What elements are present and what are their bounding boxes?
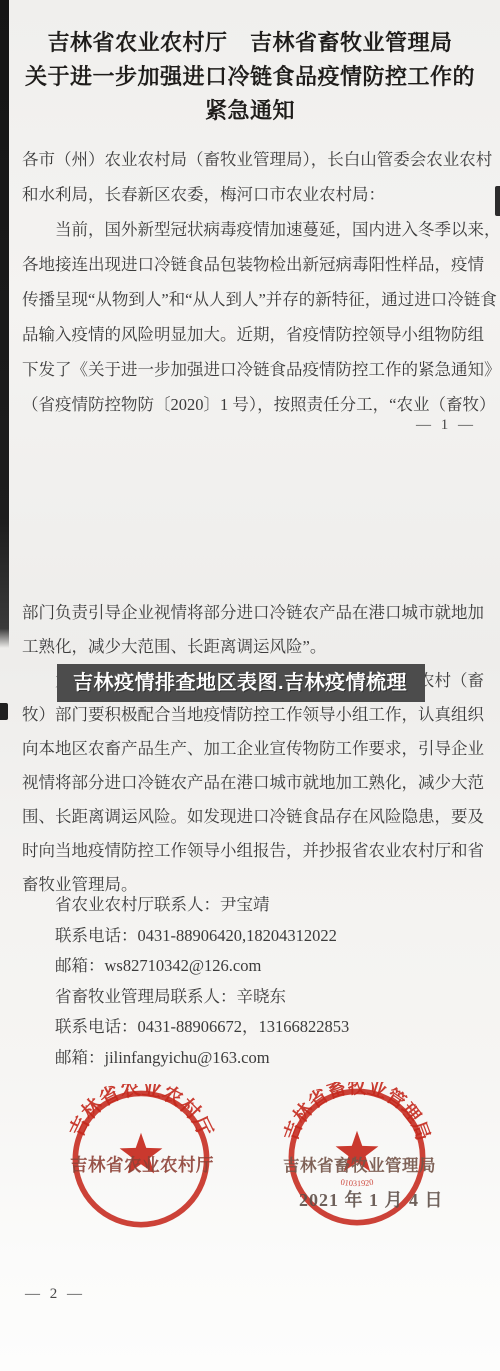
contact-info-block: 省农业农村厅联系人：尹宝靖 联系电话：0431-88906420,1820431… bbox=[22, 890, 484, 1073]
text-line: 向本地区农畜产品生产、加工企业宣传物防工作要求，引导企业 bbox=[22, 732, 484, 766]
title-line-2: 关于进一步加强进口冷链食品疫情防控工作的 bbox=[0, 60, 500, 94]
text-line: 时向当地疫情防控工作领导小组报告，并抄报省农业农村厅和省 bbox=[22, 834, 484, 868]
page1-number: — 1 — bbox=[416, 417, 476, 434]
text-line: 各地接连出现进口冷链食品包装物检出新冠病毒阳性样品，疫情 bbox=[22, 247, 484, 282]
text-line: 品输入疫情的风险明显加大。近期，省疫情防控领导小组物防组 bbox=[22, 317, 484, 352]
text-line: 部门负责引导企业视情将部分进口冷链农产品在港口城市就地加 bbox=[22, 596, 484, 630]
text-line: 各市（州）农业农村局（畜牧业管理局），长白山管委会农业农村 bbox=[22, 142, 484, 177]
scan-edge-artifact-left-small bbox=[0, 703, 8, 720]
text-line: 围、长距离调运风险。如发现进口冷链食品存在风险隐患，要及 bbox=[22, 800, 484, 834]
text-line: 牧）部门要积极配合当地疫情防控工作领导小组工作，认真组织 bbox=[22, 698, 484, 732]
text-line: 邮箱：jilinfangyichu@163.com bbox=[22, 1043, 484, 1074]
text-line: 工熟化，减少大范围、长距离调运风险”。 bbox=[22, 630, 484, 664]
scanned-document: 吉林省农业农村厅 吉林省畜牧业管理局 关于进一步加强进口冷链食品疫情防控工作的 … bbox=[0, 0, 500, 1371]
page2-body-text: 部门负责引导企业视情将部分进口冷链农产品在港口城市就地加工熟化，减少大范围、长距… bbox=[22, 596, 484, 902]
page2-number: — 2 — bbox=[25, 1286, 85, 1303]
document-date: 2021 年 1 月 4 日 bbox=[299, 1186, 444, 1212]
text-line: 传播呈现“从物到人”和“从人到人”并存的新特征，通过进口冷链食 bbox=[22, 282, 484, 317]
text-line: 省农业农村厅联系人：尹宝靖 bbox=[22, 890, 484, 921]
text-line: 邮箱：ws82710342@126.com bbox=[22, 951, 484, 982]
text-line: 省畜牧业管理局联系人：辛晓东 bbox=[22, 982, 484, 1013]
agency-signature-husbandry-bureau: 吉林省畜牧业管理局 bbox=[283, 1152, 436, 1176]
text-line: 视情将部分进口冷链农产品在港口城市就地加工熟化，减少大范 bbox=[22, 766, 484, 800]
page1-body-text: 各市（州）农业农村局（畜牧业管理局），长白山管委会农业农村和水利局，长春新区农委… bbox=[22, 142, 484, 422]
text-line: 下发了《关于进一步加强进口冷链食品疫情防控工作的紧急通知》 bbox=[22, 352, 484, 387]
title-line-1: 吉林省农业农村厅 吉林省畜牧业管理局 bbox=[0, 26, 500, 60]
title-line-3: 紧急通知 bbox=[0, 94, 500, 128]
watermark-banner: 吉林疫情排查地区表图.吉林疫情梳理 bbox=[57, 664, 425, 702]
text-line: （省疫情防控物防〔2020〕1 号），按照责任分工，“农业（畜牧） bbox=[22, 387, 484, 422]
text-line: 联系电话：0431-88906420,18204312022 bbox=[22, 921, 484, 952]
text-line: 当前，国外新型冠状病毒疫情加速蔓延，国内进入冬季以来， bbox=[22, 212, 484, 247]
scan-edge-artifact-right bbox=[495, 186, 500, 216]
text-line: 和水利局，长春新区农委，梅河口市农业农村局： bbox=[22, 177, 484, 212]
document-title: 吉林省农业农村厅 吉林省畜牧业管理局 关于进一步加强进口冷链食品疫情防控工作的 … bbox=[0, 26, 500, 128]
text-line: 联系电话：0431-88906672，13166822853 bbox=[22, 1012, 484, 1043]
agency-signature-agriculture-dept: 吉林省农业农村厅 bbox=[70, 1152, 214, 1177]
